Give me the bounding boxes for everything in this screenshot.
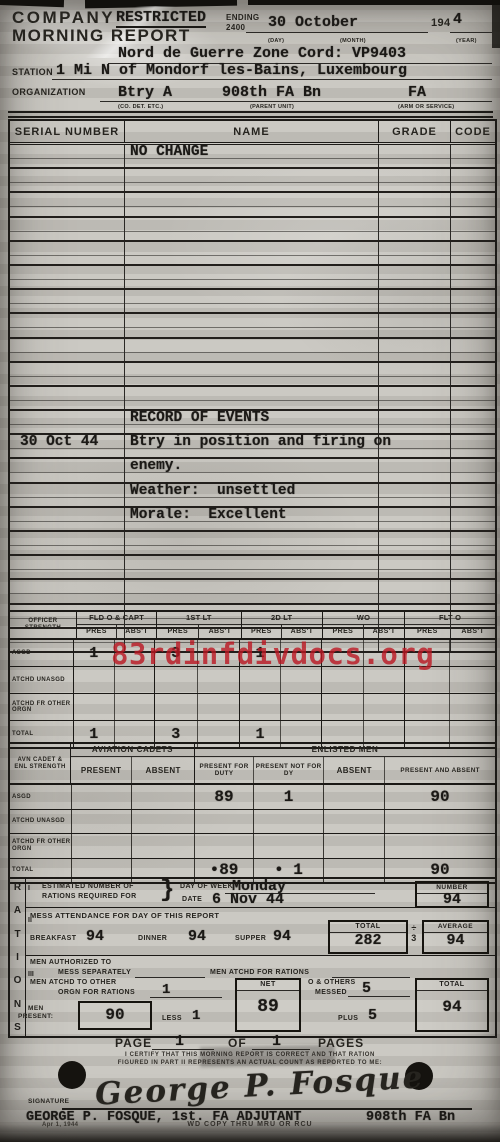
header-divider <box>8 111 493 118</box>
officer-group-1st-lt: 1ST LT PRESABS'T <box>157 612 241 638</box>
organization-label: ORGANIZATION <box>12 87 86 97</box>
table-row: Morale: Excellent <box>10 508 495 532</box>
men-atchd-other-label-1: MEN ATCHD TO OTHER <box>30 979 116 986</box>
ending-date-value: 30 October <box>268 14 358 31</box>
men-present-label-2: PRESENT: <box>18 1013 53 1020</box>
year-value: 4 <box>453 11 462 28</box>
table-row <box>10 363 495 387</box>
org-unit: Btry A <box>118 84 172 101</box>
col-serial-number: SERIAL NUMBER <box>10 121 125 142</box>
section-marker-3: III <box>28 971 34 978</box>
watermark-text: 83rdinfdivdocs.org <box>111 637 434 671</box>
roster-table: SERIAL NUMBER NAME GRADE CODE NO CHANGE <box>8 119 497 653</box>
table-row <box>10 169 495 193</box>
less-label: LESS <box>162 1015 182 1022</box>
year-prefix: 194 <box>431 17 451 29</box>
table-row: ATCHD FR OTHER ORGN <box>10 693 495 720</box>
supper-label: SUPPER <box>235 935 266 942</box>
enlisted-men-group: ENLISTED MEN PRESENT FOR DUTY PRESENT NO… <box>195 744 495 783</box>
enlisted-corner-label: AVN CADET & ENL STRENGTH <box>10 744 71 783</box>
table-row <box>10 266 495 290</box>
section-marker-1: I <box>28 885 30 892</box>
date-value: 6 Nov 44 <box>212 891 284 908</box>
table-row: Weather: unsettled <box>10 484 495 508</box>
table-row: RECORD OF EVENTS <box>10 411 495 435</box>
plus-value: 5 <box>368 1007 377 1024</box>
breakfast-label: BREAKFAST <box>30 935 76 942</box>
station-value: 1 Mi N of Mondorf les-Bains, Luxembourg <box>56 62 407 79</box>
table-row <box>10 314 495 338</box>
atchd-for-rations-blank <box>332 967 410 978</box>
scan-mark <box>492 0 500 48</box>
table-row: ATCHD UNASGD <box>10 809 495 834</box>
page-label: PAGE <box>115 1036 152 1050</box>
rations-section: RATIONS I II III ESTIMATED NUMBER OF RAT… <box>8 877 497 1038</box>
month-label: (MONTH) <box>340 38 366 44</box>
col-name: NAME <box>125 121 379 142</box>
org-sublabel-3: (ARM OR SERVICE) <box>398 104 454 110</box>
rations-divider-2 <box>25 955 495 956</box>
men-atchd-for-rations-label: MEN ATCHD FOR RATIONS <box>210 969 309 976</box>
station-label: STATION <box>12 67 53 77</box>
others-messed-blank <box>348 982 410 997</box>
enlisted-rows: ASGD 89 1 90 ATCHD UNASGD <box>10 784 495 882</box>
dinner-value: 94 <box>188 928 206 945</box>
officer-strength-table: OFFICER STRENGTH FLD O & CAPT PRESABS'T … <box>8 610 497 749</box>
table-row: NO CHANGE <box>10 145 495 169</box>
plus-label: PLUS <box>338 1015 358 1022</box>
officer-group-wo: WO PRESABS'T <box>323 612 405 638</box>
table-row <box>10 532 495 556</box>
org-sublabel-1: (CO. DET. ETC.) <box>118 104 163 110</box>
table-row <box>10 339 495 363</box>
col-code: CODE <box>451 121 495 142</box>
table-row <box>10 556 495 580</box>
table-row: enemy. <box>10 459 495 483</box>
roster-header-row: SERIAL NUMBER NAME GRADE CODE <box>10 119 495 145</box>
others-messed-label-2: MESSED <box>315 989 347 996</box>
number-box: NUMBER 94 <box>415 881 489 908</box>
table-row <box>10 242 495 266</box>
signature-label: SIGNATURE <box>28 1098 69 1105</box>
officer-header: OFFICER STRENGTH FLD O & CAPT PRESABS'T … <box>10 612 495 639</box>
year-col-label: (YEAR) <box>456 38 477 44</box>
table-row <box>10 218 495 242</box>
org-parent: 908th FA Bn <box>222 84 321 101</box>
men-authorized-label-1: MEN AUTHORIZED TO <box>30 959 111 966</box>
mess-separately-blank <box>135 967 205 978</box>
scan-mark <box>248 0 500 5</box>
date-label: DATE <box>182 896 202 903</box>
coord-line: Nord de Guerre Zone Cord: VP9403 <box>118 45 406 62</box>
stamp-smudge <box>200 1045 335 1067</box>
org-arm: FA <box>408 84 426 101</box>
brace-glyph: } <box>160 877 174 904</box>
aviation-cadets-group: AVIATION CADETS PRESENT ABSENT <box>71 744 195 783</box>
breakfast-value: 94 <box>86 928 104 945</box>
table-row <box>10 290 495 314</box>
men-authorized-label-2: MESS SEPARATELY <box>58 969 131 976</box>
form-title-line1: COMPANY <box>12 8 115 28</box>
supper-value: 94 <box>273 928 291 945</box>
page-num: 1 <box>175 1033 184 1050</box>
rations-total-box: TOTAL 94 <box>415 978 489 1032</box>
enlisted-strength-table: AVN CADET & ENL STRENGTH AVIATION CADETS… <box>8 742 497 884</box>
enlisted-header: AVN CADET & ENL STRENGTH AVIATION CADETS… <box>10 744 495 784</box>
officer-group-flt-o: FLT O PRESABS'T <box>405 612 495 638</box>
handwritten-signature: George P. Fosque <box>94 1059 425 1112</box>
ending-time: 2400 <box>226 23 245 32</box>
men-present-box: 90 <box>78 1001 152 1030</box>
roster-rows: NO CHANGE <box>10 145 495 653</box>
table-row: ATCHD FR OTHER ORGN <box>10 833 495 858</box>
atchd-other-blank <box>150 983 222 998</box>
dinner-label: DINNER <box>138 935 167 942</box>
scan-bottom-shadow <box>0 1124 500 1142</box>
officer-group-fldo-capt: FLD O & CAPT PRESABS'T <box>77 612 157 638</box>
est-rations-label-1: ESTIMATED NUMBER OF <box>42 883 134 890</box>
mess-attendance-title: MESS ATTENDANCE FOR DAY OF THIS REPORT <box>30 911 219 920</box>
net-box: NET 89 <box>235 978 301 1032</box>
hole-punch-left <box>58 1061 86 1089</box>
officer-corner-label: OFFICER STRENGTH <box>10 612 77 638</box>
table-row: 30 Oct 44 Btry in position and firing on <box>10 435 495 459</box>
men-atchd-other-label-2: ORGN FOR RATIONS <box>58 989 135 996</box>
mess-average-box: AVERAGE 94 <box>422 920 489 954</box>
col-grade: GRADE <box>379 121 451 142</box>
table-row <box>10 387 495 411</box>
table-row <box>10 580 495 604</box>
est-rations-label-2: RATIONS REQUIRED FOR <box>42 893 137 900</box>
org-sublabel-2: (PARENT UNIT) <box>250 104 294 110</box>
form-title-line2: MORNING REPORT <box>12 26 191 46</box>
day-label: (DAY) <box>268 38 284 44</box>
men-present-label-1: MEN <box>28 1005 44 1012</box>
less-value: 1 <box>192 1008 200 1024</box>
table-row <box>10 193 495 217</box>
table-row: ASGD 89 1 90 <box>10 784 495 809</box>
morning-report-scan: COMPANY RESTRICTED ENDING 2400 30 Octobe… <box>0 0 500 1142</box>
divide-by-three: ÷ 3 <box>408 923 420 943</box>
mess-total-box: TOTAL 282 <box>328 920 408 954</box>
officer-group-2d-lt: 2D LT PRESABS'T <box>242 612 323 638</box>
